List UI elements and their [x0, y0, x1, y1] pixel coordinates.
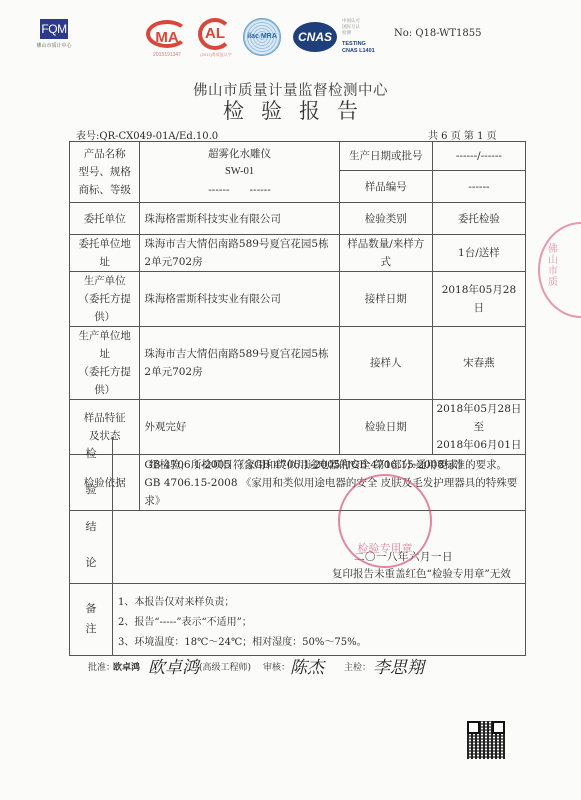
production-date-value: ------/------: [432, 142, 525, 171]
production-date-label: 生产日期或批号: [339, 142, 432, 171]
client-label: 委托单位: [70, 203, 140, 235]
product-name: 超雾化水雕仪: [144, 145, 334, 163]
approver-signature: 欧卓鸿: [148, 653, 199, 678]
inspect-label: 主检：: [344, 660, 371, 673]
product-brand-grade: ------ ------: [144, 181, 334, 199]
product-label: 型号、规格: [74, 163, 135, 181]
sample-no-value: ------: [432, 171, 525, 203]
conclusion-text: 经检验，所检项目符合GB 4706.1-2005和GB 4706.15-2008…: [149, 457, 507, 472]
fqm-logo: FQM: [40, 19, 68, 39]
copy-validity-note: 复印报告未重盖红色“检验专用章”无效: [332, 566, 511, 581]
page-title: 检验报告: [0, 95, 581, 125]
product-model: SW-01: [144, 163, 334, 181]
notes-label: 备 注: [70, 584, 113, 655]
approve-label: 批准：: [88, 660, 115, 673]
manufacturer-address-label-cell: 生产单位地址 （委托方提供）: [70, 327, 140, 400]
review-label: 审核：: [263, 660, 290, 673]
product-label-cell: 产品名称 型号、规格 商标、等级: [70, 142, 140, 203]
cnas-caption: 中国认可 国际互认 检测: [342, 18, 360, 36]
manufacturer-value: 珠海格雷斯科技实业有限公司: [140, 272, 339, 327]
report-number: No: Q18-WT1855: [394, 28, 481, 39]
product-value-cell: 超雾化水雕仪 SW-01 ------ ------: [140, 142, 339, 203]
conclusion-label-char: 论: [70, 554, 112, 570]
fqm-logo-caption: 佛山市质计中心: [34, 42, 74, 49]
qr-code-icon: [467, 721, 505, 759]
conclusion-label-char: 检: [70, 445, 112, 461]
sample-qty-label: 样品数量/来样方式: [339, 235, 432, 272]
cnas-caption-line: 检测: [342, 30, 360, 36]
conclusion-label: 检 验 结 论: [70, 437, 113, 583]
receiver-value: 宋春燕: [432, 327, 525, 400]
cal-logo-caption: (2017)粤质监认字: [194, 52, 238, 58]
notes-label-char: 备: [70, 600, 112, 616]
conclusion-section: 检 验 结 论 经检验，所检项目符合GB 4706.1-2005和GB 4706…: [69, 437, 526, 584]
cnas-testing-label: TESTING CNAS L1401: [342, 41, 375, 55]
cma-logo-caption: 2015191347: [143, 52, 191, 58]
client-value: 珠海格雷斯科技实业有限公司: [140, 203, 339, 235]
ilac-mra-logo: ilac MRA: [243, 18, 281, 56]
receipt-date-value: 2018年05月28日: [432, 272, 525, 327]
inspector-signature: 李思翔: [373, 653, 424, 678]
receipt-date-label: 接样日期: [339, 272, 432, 327]
conclusion-label-char: 验: [70, 481, 112, 497]
test-date-value: 2018年05月28日至: [435, 400, 523, 436]
conclusion-label-char: 结: [70, 518, 112, 534]
inspection-seal-text: 检验专用章: [338, 540, 432, 556]
manufacturer-address-label: （委托方提供）: [74, 363, 135, 399]
approver-name: 欧卓鸿: [113, 660, 140, 673]
sample-no-label: 样品编号: [339, 171, 432, 203]
form-number: 表号:QR-CX049-01A/Ed.10.0: [76, 127, 218, 142]
cnas-logo: CNAS: [293, 22, 337, 52]
note-item: 1、本报告仅对来样负责；: [118, 593, 234, 608]
note-item: 2、报告“-----”表示“不适用”；: [118, 613, 252, 628]
edge-seal-text: 佛山市质: [548, 244, 562, 288]
cnas-testing: TESTING: [342, 41, 375, 48]
cma-logo: MA: [146, 20, 188, 48]
test-type-label: 检验类别: [339, 203, 432, 235]
product-label: 商标、等级: [74, 181, 135, 199]
note-item: 3、环境温度：18℃～24℃；相对湿度：50%～75%。: [118, 633, 367, 648]
page-count: 共 6 页 第 1 页: [428, 127, 497, 142]
test-type-value: 委托检验: [432, 203, 525, 235]
notes-section: 备 注 1、本报告仅对来样负责； 2、报告“-----”表示“不适用”； 3、环…: [69, 584, 526, 656]
manufacturer-label-cell: 生产单位 （委托方提供）: [70, 272, 140, 327]
reviewer-signature: 陈杰: [290, 653, 324, 678]
manufacturer-address-value: 珠海市吉大情侣南路589号夏宫花园5栋2单元702房: [140, 327, 339, 400]
sample-state-label: 样品特征: [74, 409, 135, 427]
notes-label-char: 注: [70, 620, 112, 636]
product-label: 产品名称: [74, 145, 135, 163]
manufacturer-address-label: 生产单位地址: [74, 327, 135, 363]
sample-qty-value: 1台/送样: [432, 235, 525, 272]
receiver-label: 接样人: [339, 327, 432, 400]
client-address-value: 珠海市吉大情侣南路589号夏宫花园5栋2单元702房: [140, 235, 339, 272]
client-address-label: 委托单位地址: [70, 235, 140, 272]
cnas-code: CNAS L1401: [342, 48, 375, 55]
approver-title: (高级工程师): [199, 660, 251, 673]
cal-logo: AL: [198, 18, 232, 50]
manufacturer-label: 生产单位: [74, 272, 135, 290]
manufacturer-label: （委托方提供）: [74, 290, 135, 326]
